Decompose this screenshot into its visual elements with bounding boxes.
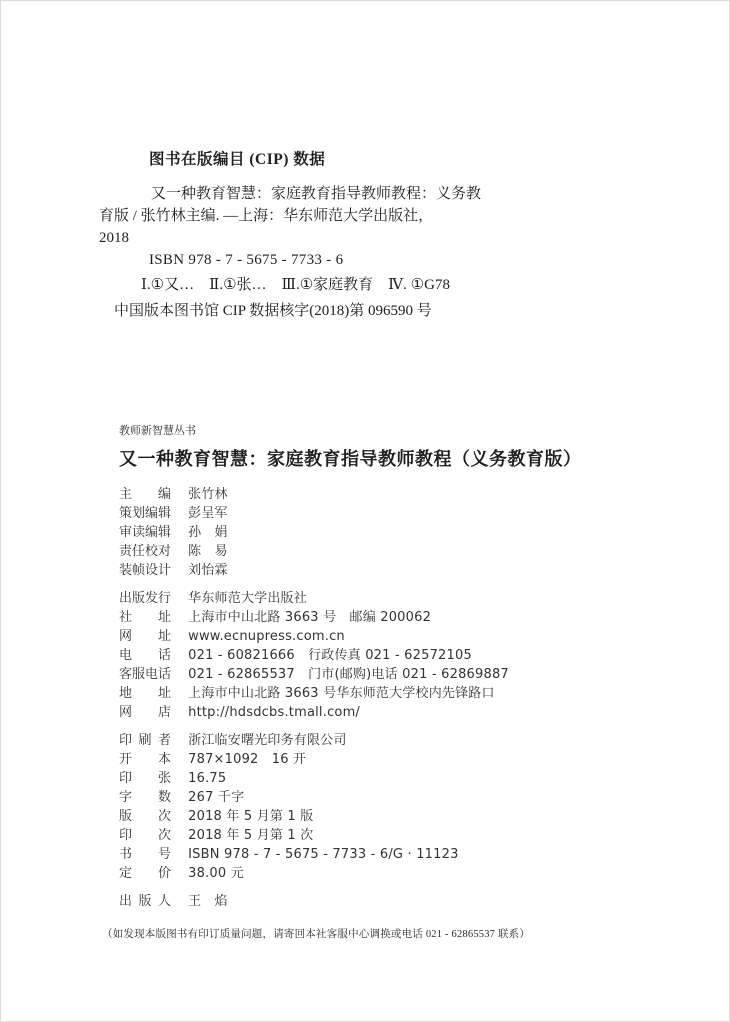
print-value: 2018 年 5 月第 1 版 [188,809,313,824]
credit-row: 策划编辑 彭呈军 [119,504,729,523]
print-value: 浙江临安曙光印务有限公司 [188,733,346,748]
cip-description-line: 又一种教育智慧：家庭教育指导教师教程：义务教 [99,183,569,205]
print-value: 787×1092 16 开 [188,752,306,767]
publisher-person-value: 王 焰 [188,894,228,909]
publisher-value: 021 - 60821666 行政传真 021 - 62572105 [188,648,472,663]
credit-value: 陈 易 [188,544,228,559]
publisher-label: 出版发行 [119,589,171,608]
publisher-value: www.ecnupress.com.cn [188,629,345,644]
print-label: 书号 [119,845,171,864]
publisher-row: 出版发行 华东师范大学出版社 [119,589,729,608]
print-info-list: 印刷者 浙江临安曙光印务有限公司 开本 787×1092 16 开 印张 16.… [119,731,729,883]
publisher-row: 社址 上海市中山北路 3663 号 邮编 200062 [119,608,729,627]
cip-description: 又一种教育智慧：家庭教育指导教师教程：义务教 育版 / 张竹林主编. —上海：华… [99,183,569,249]
print-row: 印次 2018 年 5 月第 1 次 [119,826,729,845]
colophon-block: 教师新智慧丛书 又一种教育智慧：家庭教育指导教师教程（义务教育版） 主编 张竹林… [119,422,729,941]
publisher-label: 网址 [119,627,171,646]
print-label: 定价 [119,864,171,883]
publisher-row: 电话 021 - 60821666 行政传真 021 - 62572105 [119,646,729,665]
cip-heading: 图书在版编目 (CIP) 数据 [149,147,569,169]
print-label: 印次 [119,826,171,845]
print-row: 印张 16.75 [119,769,729,788]
print-value: 16.75 [188,771,226,786]
copyright-page: 图书在版编目 (CIP) 数据 又一种教育智慧：家庭教育指导教师教程：义务教 育… [0,0,730,1022]
publisher-person: 出版人 王 焰 [119,892,729,911]
cip-block: 图书在版编目 (CIP) 数据 又一种教育智慧：家庭教育指导教师教程：义务教 育… [99,147,569,322]
publisher-row: 网址 www.ecnupress.com.cn [119,627,729,646]
publisher-label: 网店 [119,703,171,722]
print-row: 定价 38.00 元 [119,864,729,883]
publisher-value: 华东师范大学出版社 [188,591,307,606]
publisher-label: 电话 [119,646,171,665]
publisher-value: 021 - 62865537 门市(邮购)电话 021 - 62869887 [188,667,509,682]
publisher-label: 地址 [119,684,171,703]
series-name: 教师新智慧丛书 [119,422,729,438]
credit-label: 策划编辑 [119,504,171,523]
print-value: 267 千字 [188,790,244,805]
cip-classification: Ⅰ.①又… Ⅱ.①张… Ⅲ.①家庭教育 Ⅳ. ①G78 [141,274,569,296]
print-label: 版次 [119,807,171,826]
publisher-row: 地址 上海市中山北路 3663 号华东师范大学校内先锋路口 [119,684,729,703]
publisher-label: 客服电话 [119,665,171,684]
cip-description-line: 育版 / 张竹林主编. —上海：华东师范大学出版社， [99,205,569,227]
credit-row: 主编 张竹林 [119,485,729,504]
credit-label: 责任校对 [119,542,171,561]
print-row: 版次 2018 年 5 月第 1 版 [119,807,729,826]
print-row: 书号 ISBN 978 - 7 - 5675 - 7733 - 6/G · 11… [119,845,729,864]
cip-isbn: ISBN 978 - 7 - 5675 - 7733 - 6 [149,249,569,271]
credit-label: 审读编辑 [119,523,171,542]
credit-value: 张竹林 [188,487,228,502]
quality-note: （如发现本版图书有印订质量问题，请寄回本社客服中心调换或电话 021 - 628… [102,926,729,941]
credit-value: 彭呈军 [188,506,228,521]
print-value: 2018 年 5 月第 1 次 [188,828,313,843]
print-row: 字数 267 千字 [119,788,729,807]
print-label: 字数 [119,788,171,807]
credit-label: 装帧设计 [119,561,171,580]
credit-label: 主编 [119,485,171,504]
print-label: 开本 [119,750,171,769]
publisher-row: 客服电话 021 - 62865537 门市(邮购)电话 021 - 62869… [119,665,729,684]
print-label: 印刷者 [119,731,171,750]
credit-row: 审读编辑 孙 娟 [119,523,729,542]
print-label: 印张 [119,769,171,788]
print-value: 38.00 元 [188,866,244,881]
print-row: 开本 787×1092 16 开 [119,750,729,769]
credit-row: 责任校对 陈 易 [119,542,729,561]
publisher-value: 上海市中山北路 3663 号 邮编 200062 [188,610,431,625]
publisher-value: http://hdsdcbs.tmall.com/ [188,705,360,720]
publisher-row: 网店 http://hdsdcbs.tmall.com/ [119,703,729,722]
book-title: 又一种教育智慧：家庭教育指导教师教程（义务教育版） [119,445,729,471]
credit-row: 装帧设计 刘怡霖 [119,561,729,580]
cip-description-line: 2018 [99,227,569,249]
publisher-label: 社址 [119,608,171,627]
publisher-info-list: 出版发行 华东师范大学出版社 社址 上海市中山北路 3663 号 邮编 2000… [119,589,729,722]
cip-record-number: 中国版本图书馆 CIP 数据核字(2018)第 096590 号 [114,300,569,322]
publisher-person-row: 出版人 王 焰 [119,892,729,911]
print-row: 印刷者 浙江临安曙光印务有限公司 [119,731,729,750]
publisher-person-label: 出版人 [119,892,171,911]
print-value: ISBN 978 - 7 - 5675 - 7733 - 6/G · 11123 [188,847,458,862]
publisher-value: 上海市中山北路 3663 号华东师范大学校内先锋路口 [188,686,495,701]
credit-value: 孙 娟 [188,525,228,540]
credits-list: 主编 张竹林 策划编辑 彭呈军 审读编辑 孙 娟 责任校对 陈 易 装帧设计 刘… [119,485,729,580]
credit-value: 刘怡霖 [188,563,228,578]
